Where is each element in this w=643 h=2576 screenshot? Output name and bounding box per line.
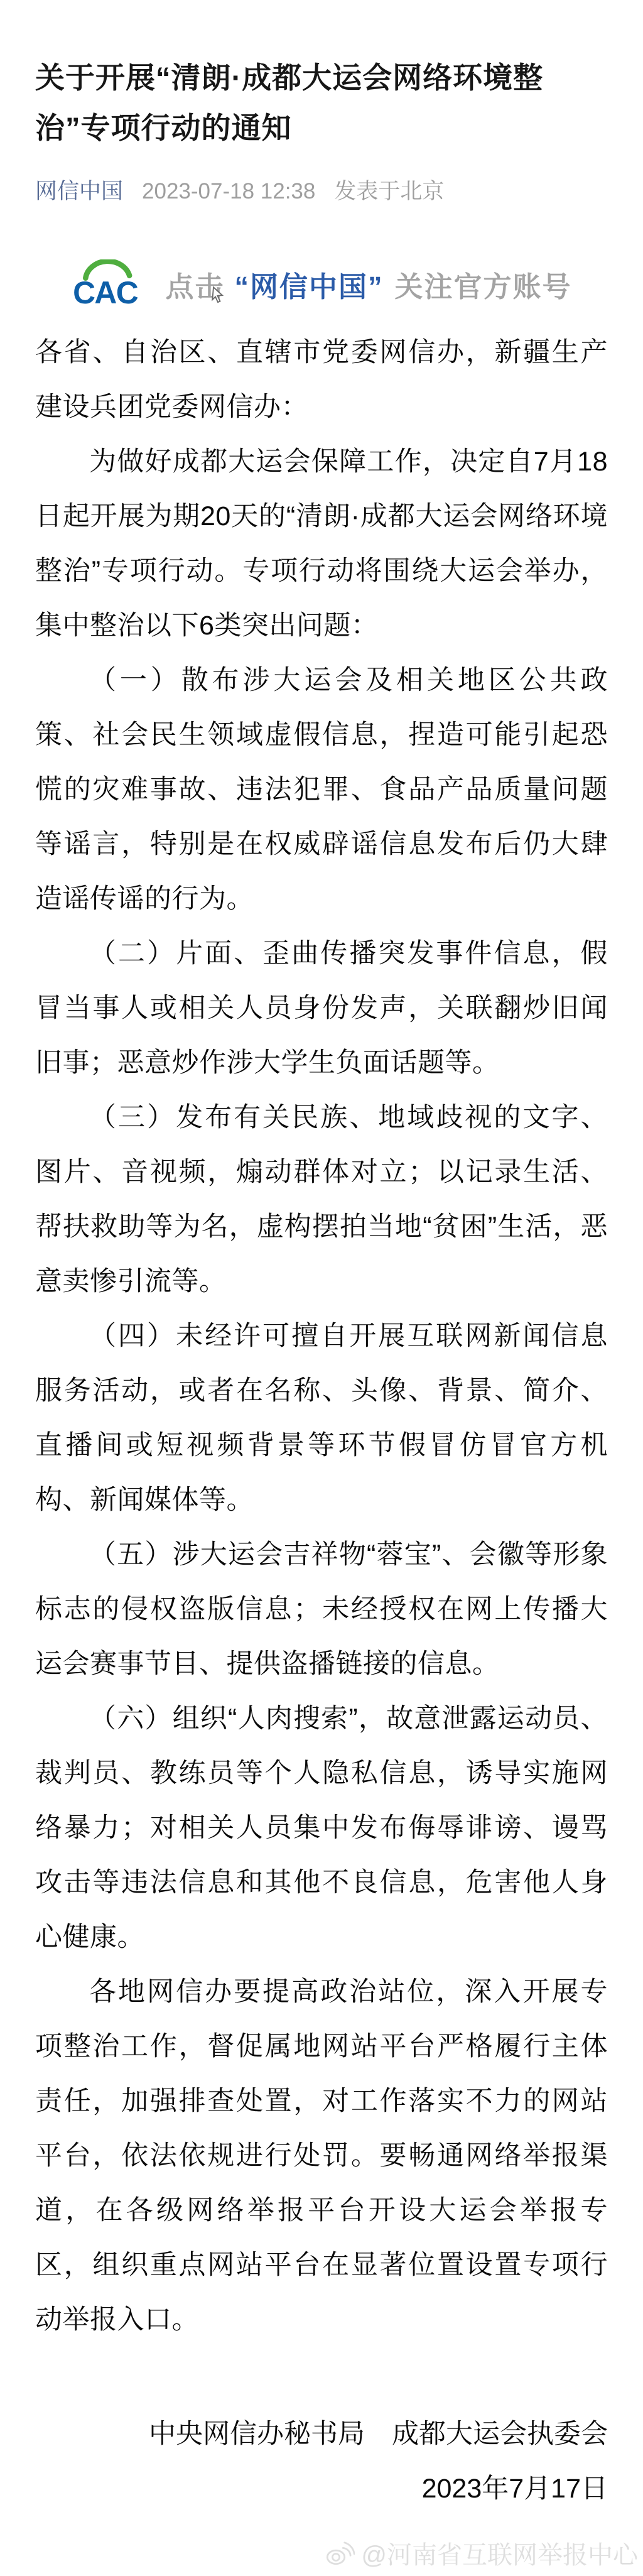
signature-date: 2023年7月17日 [35,2462,608,2516]
paragraph-list: 为做好成都大运会保障工作，决定自7月18日起开展为期20天的“清朗·成都大运会网… [35,435,608,2347]
weibo-icon [325,2541,355,2566]
cac-logo-icon: CAC [71,259,145,308]
publish-time: 2023-07-18 12:38 [142,177,315,206]
cac-logo-text: CAC [73,275,139,308]
cursor-icon [209,286,227,307]
salutation: 各省、自治区、直辖市党委网信办，新疆生产建设兵团党委网信办： [35,325,608,435]
body-paragraph: （一）散布涉大运会及相关地区公共政策、社会民生领域虚假信息，捏造可能引起恐慌的灾… [35,653,608,927]
body-paragraph: （三）发布有关民族、地域歧视的文字、图片、音视频，煽动群体对立；以记录生活、帮扶… [35,1090,608,1309]
publish-location: 发表于北京 [334,177,444,206]
page-title: 关于开展“清朗·成都大运会网络环境整治”专项行动的通知 [35,0,608,153]
article-page: 关于开展“清朗·成都大运会网络环境整治”专项行动的通知 网信中国 2023-07… [0,0,643,2576]
body-paragraph: 为做好成都大运会保障工作，决定自7月18日起开展为期20天的“清朗·成都大运会网… [35,435,608,653]
body-paragraph: （四）未经许可擅自开展互联网新闻信息服务活动，或者在名称、头像、背景、简介、直播… [35,1309,608,1528]
follow-account-banner[interactable]: CAC 点击 “网信中国” 关注官方账号 [35,258,608,310]
account-name-link[interactable]: 网信中国 [35,177,123,206]
banner-account-label: “网信中国” [234,264,383,305]
banner-suffix-label: 关注官方账号 [395,264,572,305]
article-body: 各省、自治区、直辖市党委网信办，新疆生产建设兵团党委网信办： 为做好成都大运会保… [35,325,608,2347]
watermark-text: @河南省互联网举报中心 [361,2535,638,2571]
body-paragraph: （五）涉大运会吉祥物“蓉宝”、会徽等形象标志的侵权盗版信息；未经授权在网上传播大… [35,1528,608,1692]
signature-line: 中央网信办秘书局 成都大运会执委会 [35,2407,608,2462]
body-paragraph: （六）组织“人肉搜索”，故意泄露运动员、裁判员、教练员等个人隐私信息，诱导实施网… [35,1692,608,1965]
body-paragraph: （二）片面、歪曲传播突发事件信息，假冒当事人或相关人员身份发声，关联翻炒旧闻旧事… [35,927,608,1090]
body-paragraph: 各地网信办要提高政治站位，深入开展专项整治工作，督促属地网站平台严格履行主体责任… [35,1965,608,2347]
watermark: @河南省互联网举报中心 [325,2535,638,2571]
byline: 网信中国 2023-07-18 12:38 发表于北京 [35,177,608,206]
article-content: 关于开展“清朗·成都大运会网络环境整治”专项行动的通知 网信中国 2023-07… [0,0,643,2516]
